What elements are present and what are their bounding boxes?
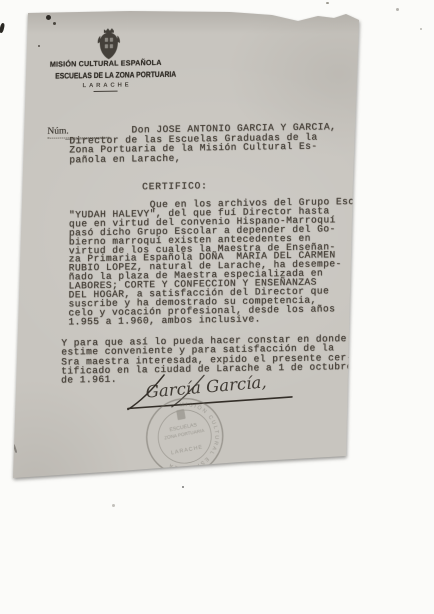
org-name-line1: MISIÓN CULTURAL ESPAÑOLA: [47, 58, 163, 69]
stamp-line3: LARACHE: [171, 444, 204, 456]
page-content: MISIÓN CULTURAL ESPAÑOLA ESCUELAS DE LA …: [0, 0, 434, 614]
letterhead-rule: [94, 90, 118, 91]
org-city: LARACHE: [46, 81, 166, 89]
document-number-label: Núm.: [47, 126, 68, 136]
spanish-coat-of-arms-icon: [97, 28, 121, 61]
org-name-line2: ESCUELAS DE LA ZONA PORTUARIA: [55, 70, 156, 81]
paper-shadow: MISIÓN CULTURAL ESPAÑOLA ESCUELAS DE LA …: [0, 0, 434, 614]
letterhead: MISIÓN CULTURAL ESPAÑOLA ESCUELAS DE LA …: [46, 58, 166, 92]
certify-heading: CERTIFICO:: [142, 182, 208, 192]
certificate-body-paragraph: Que en los archivos del Grupo Escolar "Y…: [68, 198, 379, 328]
official-round-stamp-icon: MISIÓN CULTURAL ESPAÑOLA ESCUELAS ZONA P…: [144, 395, 226, 478]
addressee-intro: Don JOSE ANTONIO GARCIA Y GARCIA, Direct…: [69, 122, 336, 165]
certificate-page: MISIÓN CULTURAL ESPAÑOLA ESCUELAS DE LA …: [0, 0, 434, 614]
scanned-document: MISIÓN CULTURAL ESPAÑOLA ESCUELAS DE LA …: [0, 0, 434, 614]
